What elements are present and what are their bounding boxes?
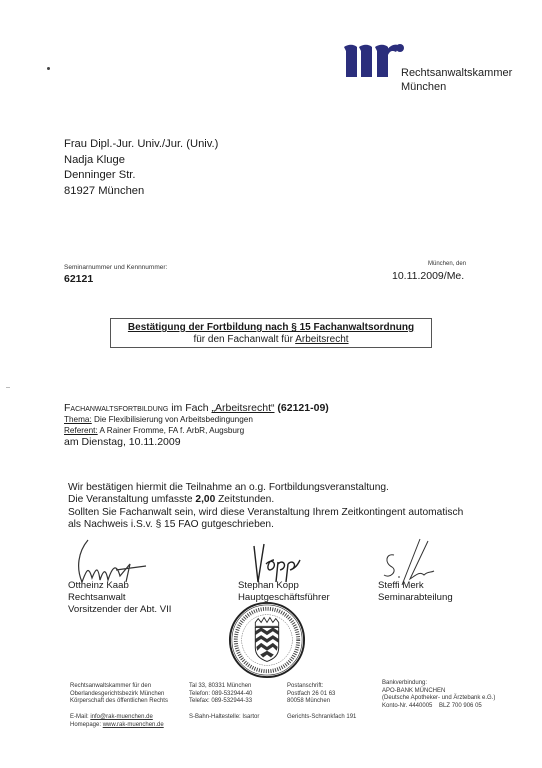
footer-phone: Telefon: 089-532944-40 (189, 691, 252, 699)
signatory-role: Rechtsanwalt (68, 592, 171, 604)
body-line3: Sollten Sie Fachanwalt sein, wird diese … (68, 507, 463, 519)
document-title: Bestätigung der Fortbildung nach § 15 Fa… (111, 322, 431, 334)
course-speaker: Referent: A Rainer Fromme, FA f. ArbR, A… (64, 426, 329, 437)
topic-value: Die Flexibilisierung von Arbeitsbedingun… (92, 415, 253, 424)
rak-logo-icon (344, 43, 404, 77)
scan-speck (6, 387, 10, 388)
email-link[interactable]: info@rak-muenchen.de (90, 714, 152, 720)
homepage-label: Homepage: (70, 722, 103, 728)
footer-fax: Telefax: 089-532944-33 (189, 698, 252, 706)
footer-org-line1: Rechtsanwaltskammer für den (70, 683, 168, 691)
course-day: am Dienstag, 10.11.2009 (64, 436, 329, 449)
footer-street: Tal 33, 80331 München (189, 683, 252, 691)
document-subtitle: für den Fachanwalt für Arbeitsrecht (111, 334, 431, 346)
footer-bank-account: Konto-Nr. 4440005 BLZ 700 906 05 (382, 703, 495, 711)
body-line1: Wir bestätigen hiermit die Teilnahme an … (68, 482, 463, 494)
footer-address: Tal 33, 80331 München Telefon: 089-53294… (189, 683, 252, 706)
signatory-kaab: Ottheinz Kaab Rechtsanwalt Vorsitzender … (68, 580, 171, 616)
signatory-merk: Steffi Merk Seminarabteilung (378, 580, 453, 604)
course-topic: Thema: Die Flexibilisierung von Arbeitsb… (64, 415, 329, 426)
body-line4: als Nachweis i.S.v. § 15 FAO gutgeschrie… (68, 519, 463, 531)
course-code: (62121-09) (275, 402, 329, 414)
course-type: Fachanwaltsfortbildung (64, 402, 168, 414)
recipient-city: 81927 München (64, 184, 218, 200)
recipient-title: Frau Dipl.-Jur. Univ./Jur. (Univ.) (64, 137, 218, 153)
footer-org-line3: Körperschaft des öffentlichen Rechts (70, 698, 168, 706)
hours-suffix: Zeitstunden. (215, 494, 274, 505)
seminar-number: 62121 (64, 273, 93, 285)
date-value: 10.11.2009/Me. (392, 270, 464, 282)
bavarian-seal-icon (228, 600, 306, 680)
footer-contact: E-Mail: info@rak-muenchen.de Homepage: w… (70, 714, 164, 729)
footer-org: Rechtsanwaltskammer für den Oberlandesge… (70, 683, 168, 706)
footer-transit: S-Bahn-Haltestelle: Isartor (189, 714, 259, 722)
email-label: E-Mail: (70, 714, 90, 720)
speaker-value: A Rainer Fromme, FA f. ArbR, Augsburg (98, 426, 245, 435)
document-title-box: Bestätigung der Fortbildung nach § 15 Fa… (110, 318, 432, 348)
hours-prefix: Die Veranstaltung umfasste (68, 494, 195, 505)
org-name-line1: Rechtsanwaltskammer (401, 66, 512, 80)
footer-postal: Postanschrift: Postfach 26 01 63 80058 M… (287, 683, 335, 706)
signatory-name: Ottheinz Kaab (68, 580, 171, 592)
signatory-name: Stephan Kopp (238, 580, 330, 592)
signatory-role: Seminarabteilung (378, 592, 453, 604)
course-details: Fachanwaltsfortbildung im Fach „Arbeitsr… (64, 402, 329, 449)
footer-bank: Bankverbindung: APO-BANK MÜNCHEN (Deutsc… (382, 680, 495, 710)
footer-court-box: Gerichts-Schrankfach 191 (287, 714, 356, 722)
course-heading: Fachanwaltsfortbildung im Fach „Arbeitsr… (64, 402, 329, 415)
homepage-link[interactable]: www.rak-muenchen.de (103, 722, 164, 728)
recipient-street: Denninger Str. (64, 168, 218, 184)
footer-bank-full: (Deutsche Apotheker- und Ärztebank e.G.) (382, 695, 495, 703)
footer-postbox: Postfach 26 01 63 (287, 691, 335, 699)
signatory-name: Steffi Merk (378, 580, 453, 592)
recipient-address: Frau Dipl.-Jur. Univ./Jur. (Univ.) Nadja… (64, 137, 218, 199)
footer-bank-label: Bankverbindung: (382, 680, 495, 688)
footer-postal-city: 80058 München (287, 698, 335, 706)
course-subject: „Arbeitsrecht“ (211, 402, 274, 414)
subtitle-prefix: für den Fachanwalt für (193, 334, 295, 345)
speaker-label: Referent: (64, 426, 98, 435)
seminar-number-label: Seminarnummer und Kennnummer: (64, 264, 167, 271)
recipient-name: Nadja Kluge (64, 153, 218, 169)
subtitle-field: Arbeitsrecht (295, 334, 348, 345)
date-label: München, den (428, 261, 466, 267)
signatory-role: Vorsitzender der Abt. VII (68, 604, 171, 616)
topic-label: Thema: (64, 415, 92, 424)
footer-org-line2: Oberlandesgerichtsbezirk München (70, 691, 168, 699)
confirmation-text: Wir bestätigen hiermit die Teilnahme an … (68, 482, 463, 532)
hours-value: 2,00 (195, 494, 215, 505)
scan-speck (47, 67, 50, 70)
body-line2: Die Veranstaltung umfasste 2,00 Zeitstun… (68, 494, 463, 506)
org-name-line2: München (401, 80, 512, 94)
footer-postal-label: Postanschrift: (287, 683, 335, 691)
org-name: Rechtsanwaltskammer München (401, 66, 512, 94)
course-in-subject: im Fach (168, 402, 211, 414)
